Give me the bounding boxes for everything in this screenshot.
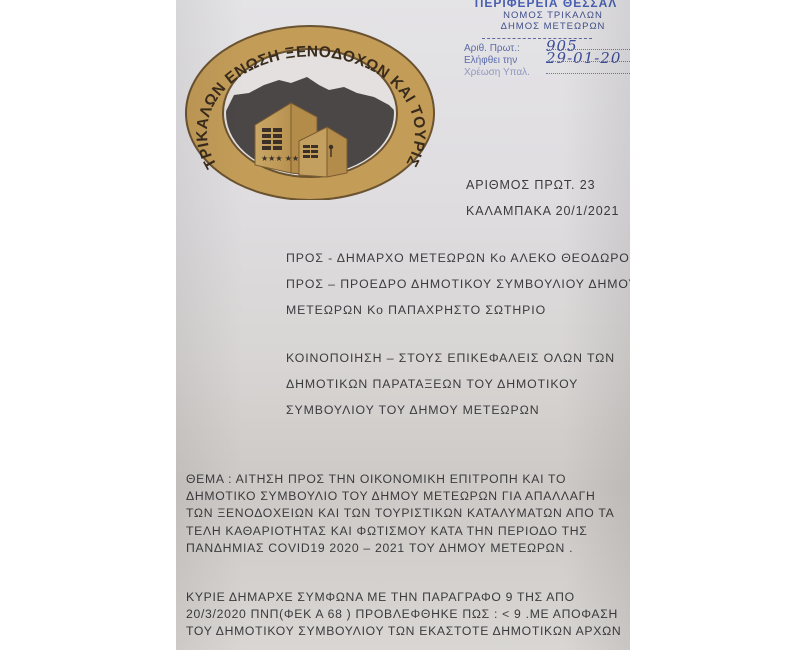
notification-line: ΣΥΜΒΟΥΛΙΟΥ ΤΟΥ ΔΗΜΟΥ ΜΕΤΕΩΡΩΝ [286, 403, 539, 417]
protocol-number: ΑΡΙΘΜΟΣ ΠΡΩΤ. 23 [466, 178, 595, 192]
place-date: ΚΑΛΑΜΠΑΚΑ 20/1/2021 [466, 204, 619, 218]
notification-line: ΚΟΙΝΟΠΟΙΗΣΗ – ΣΤΟΥΣ ΕΠΙΚΕΦΑΛΕΙΣ ΟΛΩΝ ΤΩΝ [286, 351, 615, 365]
stamp-assigned-row: Χρέωση Υπαλ. [464, 67, 630, 79]
subject-line: ΠΑΝΔΗΜΙΑΣ COVID19 2020 – 2021 ΤΟΥ ΔΗΜΟΥ … [186, 541, 573, 555]
stamp-protocol-label: Αριθ. Πρωτ.: [464, 43, 520, 54]
subject-line: ΔΗΜΟΤΙΚΟ ΣΥΜΒΟΥΛΙΟ ΤΟΥ ΔΗΜΟΥ ΜΕΤΕΩΡΩΝ ΓΙ… [186, 489, 596, 503]
stamp-region: ΠΕΡΙΦΕΡΕΙΑ ΘΕΣΣΑΛ [446, 0, 630, 10]
body-line: ΤΟΥ ΔΗΜΟΤΙΚΟΥ ΣΥΜΒΟΥΛΙΟΥ ΤΩΝ ΕΚΑΣΤΟΤΕ ΔΗ… [186, 624, 621, 638]
stamp-prefecture: ΝΟΜΟΣ ΤΡΙΚΑΛΩΝ [460, 10, 630, 21]
recipient-line: ΠΡΟΣ - ΔΗΜΑΡΧΟ ΜΕΤΕΩΡΩΝ Κο ΑΛΕΚΟ ΘΕΟΔΩΡΟ [286, 251, 630, 265]
notification-line: ΔΗΜΟΤΙΚΩΝ ΠΑΡΑΤΑΞΕΩΝ ΤΟΥ ΔΗΜΟΤΙΚΟΥ [286, 377, 578, 391]
stamp-received-row: Ελήφθει την 29-01-20 [464, 55, 630, 67]
stamp-dotted-line [546, 61, 630, 62]
stamp-assigned-label: Χρέωση Υπαλ. [464, 67, 530, 78]
registry-stamp: ΠΕΡΙΦΕΡΕΙΑ ΘΕΣΣΑΛ ΝΟΜΟΣ ΤΡΙΚΑΛΩΝ ΔΗΜΟΣ Μ… [446, 0, 630, 79]
recipient-line: ΠΡΟΣ – ΠΡΟΕΔΡΟ ΔΗΜΟΤΙΚΟΥ ΣΥΜΒΟΥΛΙΟΥ ΔΗΜΟ… [286, 277, 630, 291]
body-line: ΚΥΡΙΕ ΔΗΜΑΡΧΕ ΣΥΜΦΩΝΑ ΜΕ ΤΗΝ ΠΑΡΑΓΡΑΦΟ 9… [186, 590, 575, 604]
stamp-received-value: 29-01-20 [546, 49, 621, 67]
recipient-line: ΜΕΤΕΩΡΩΝ Κο ΠΑΠΑΧΡΗΣΤΟ ΣΩΤΗΡΙΟ [286, 303, 546, 317]
document-page: ★★★ ★★ ΤΡΙΚΑΛΩΝ ΕΝΩΣΗ ΞΕΝΟΔΟΧΩΝ ΚΑΙ ΤΟΥΡ… [176, 0, 630, 650]
stamp-received-label: Ελήφθει την [464, 55, 517, 66]
stamp-municipality: ΔΗΜΟΣ ΜΕΤΕΩΡΩΝ [460, 21, 630, 32]
stars-icon: ★★★ ★★ [261, 154, 299, 163]
association-logo: ★★★ ★★ ΤΡΙΚΑΛΩΝ ΕΝΩΣΗ ΞΕΝΟΔΟΧΩΝ ΚΑΙ ΤΟΥΡ… [179, 15, 441, 200]
stamp-dotted-line [546, 73, 630, 74]
subject-line: ΤΕΛΗ ΚΑΘΑΡΙΟΤΗΤΑΣ ΚΑΙ ΦΩΤΙΣΜΟΥ ΚΑΤΑ ΤΗΝ … [186, 524, 588, 538]
body-line: 20/3/2020 ΠΝΠ(ΦΕΚ Α 68 ) ΠΡΟΒΛΕΦΘΗΚΕ ΠΩΣ… [186, 607, 618, 621]
subject-line: ΘΕΜΑ : ΑΙΤΗΣΗ ΠΡΟΣ ΤΗΝ ΟΙΚΟΝΟΜΙΚΗ ΕΠΙΤΡΟ… [186, 472, 566, 486]
subject-line: ΤΩΝ ΞΕΝΟΔΟΧΕΙΩΝ ΚΑΙ ΤΩΝ ΤΟΥΡΙΣΤΙΚΩΝ ΚΑΤΑ… [186, 506, 614, 520]
